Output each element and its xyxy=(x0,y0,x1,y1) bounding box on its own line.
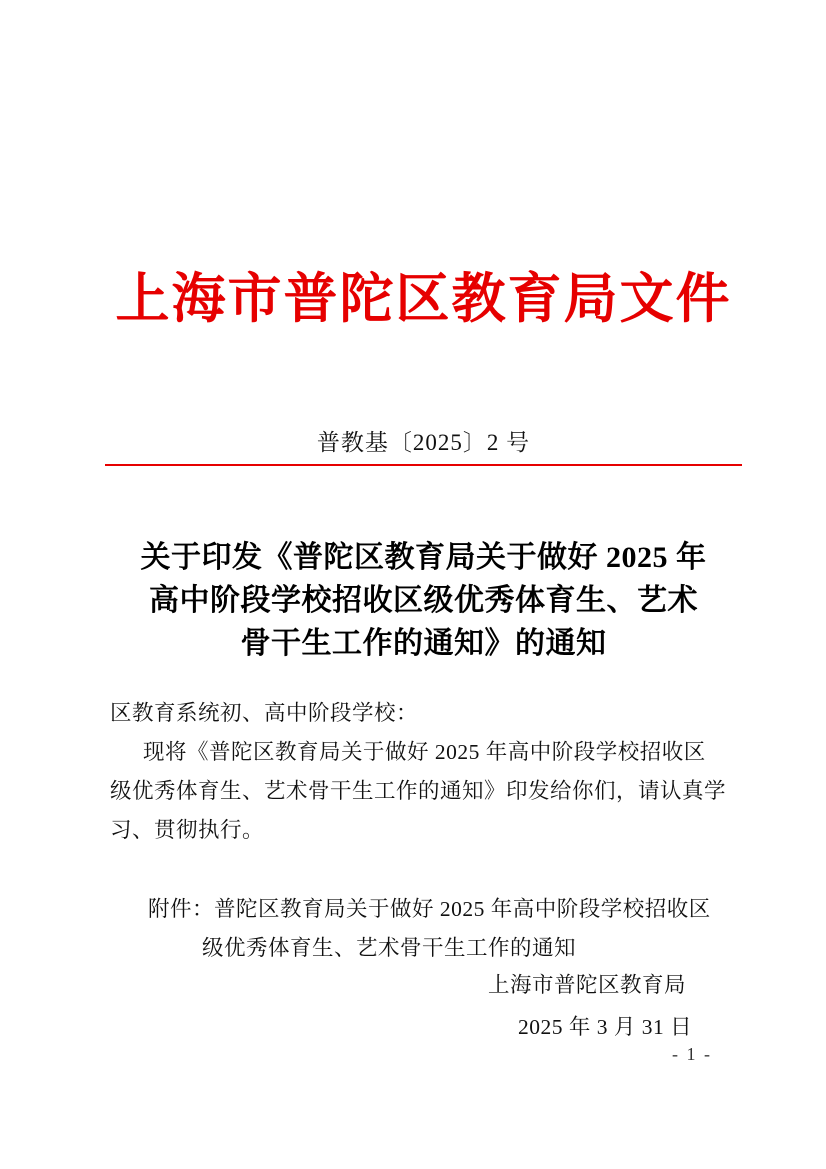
document-title-line: 关于印发《普陀区教育局关于做好 2025 年 xyxy=(105,536,742,579)
document-body: 区教育系统初、高中阶段学校： 现将《普陀区教育局关于做好 2025 年高中阶段学… xyxy=(110,694,742,850)
salutation-line: 区教育系统初、高中阶段学校： xyxy=(110,694,742,733)
document-title-line: 骨干生工作的通知》的通知 xyxy=(105,622,742,665)
body-line: 习、贯彻执行。 xyxy=(110,811,742,850)
page-number: - 1 - xyxy=(672,1044,712,1065)
document-title-line: 高中阶段学校招收区级优秀体育生、艺术 xyxy=(105,579,742,622)
document-title: 关于印发《普陀区教育局关于做好 2025 年 高中阶段学校招收区级优秀体育生、艺… xyxy=(105,536,742,665)
issue-date: 2025 年 3 月 31 日 xyxy=(518,1010,692,1041)
document-letterhead-title: 上海市普陀区教育局文件 xyxy=(105,268,742,330)
red-divider-line xyxy=(105,464,742,466)
body-line: 现将《普陀区教育局关于做好 2025 年高中阶段学校招收区 xyxy=(110,733,742,772)
document-page: 上海市普陀区教育局文件 普教基〔2025〕2 号 关于印发《普陀区教育局关于做好… xyxy=(0,0,826,1169)
body-line: 级优秀体育生、艺术骨干生工作的通知》印发给你们，请认真学 xyxy=(110,772,742,811)
attachment-line: 附件：普陀区教育局关于做好 2025 年高中阶段学校招收区 xyxy=(110,890,742,929)
issuer-signature: 上海市普陀区教育局 xyxy=(488,968,686,999)
document-number: 普教基〔2025〕2 号 xyxy=(105,424,742,457)
attachment-line: 级优秀体育生、艺术骨干生工作的通知 xyxy=(110,929,742,968)
attachment-section: 附件：普陀区教育局关于做好 2025 年高中阶段学校招收区 级优秀体育生、艺术骨… xyxy=(110,890,742,968)
